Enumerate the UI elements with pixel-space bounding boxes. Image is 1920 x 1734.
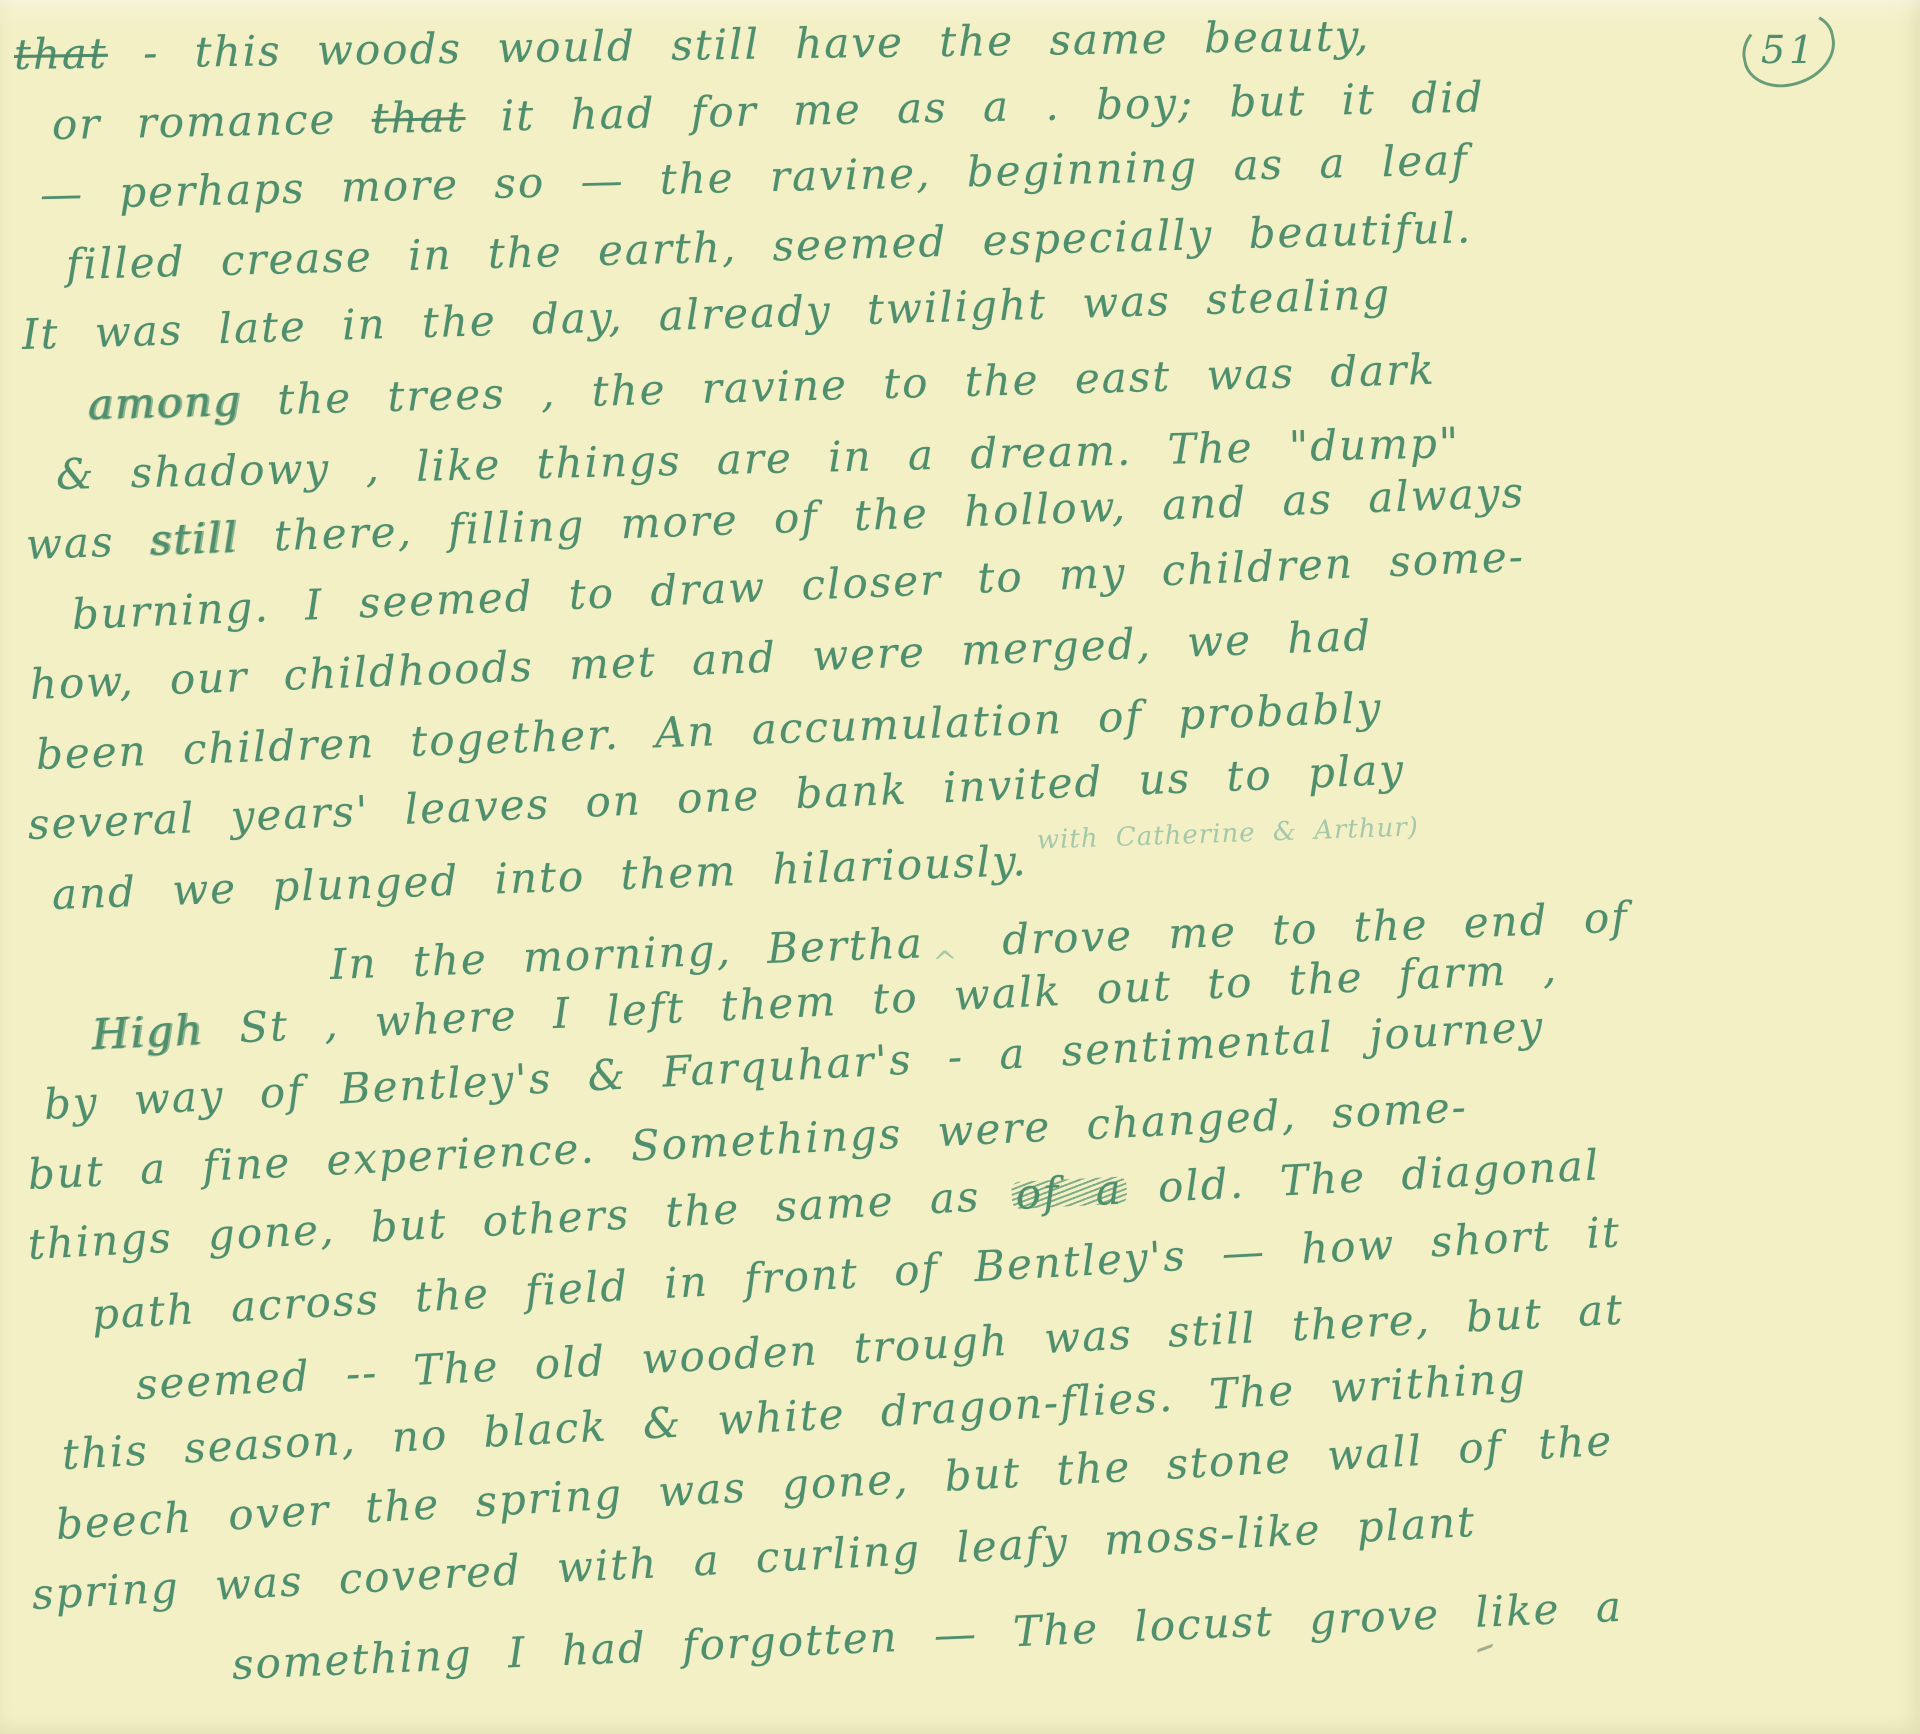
struck-word: that	[14, 29, 109, 79]
scribbled-out-word: of a	[1014, 1165, 1124, 1219]
manuscript-page: 51 that - this woods would still have th…	[0, 0, 1920, 1734]
overwritten-word: High	[91, 1005, 205, 1059]
interlinear-insertion: with Catherine & Arthur)	[1036, 812, 1419, 855]
line-text: or romance	[52, 94, 373, 149]
struck-word: that	[371, 92, 466, 143]
overwritten-word: among	[87, 376, 242, 429]
line-text: was	[25, 516, 151, 569]
handwritten-text-block: that - this woods would still have the s…	[0, 0, 1920, 1700]
overwritten-word: still	[149, 513, 239, 565]
